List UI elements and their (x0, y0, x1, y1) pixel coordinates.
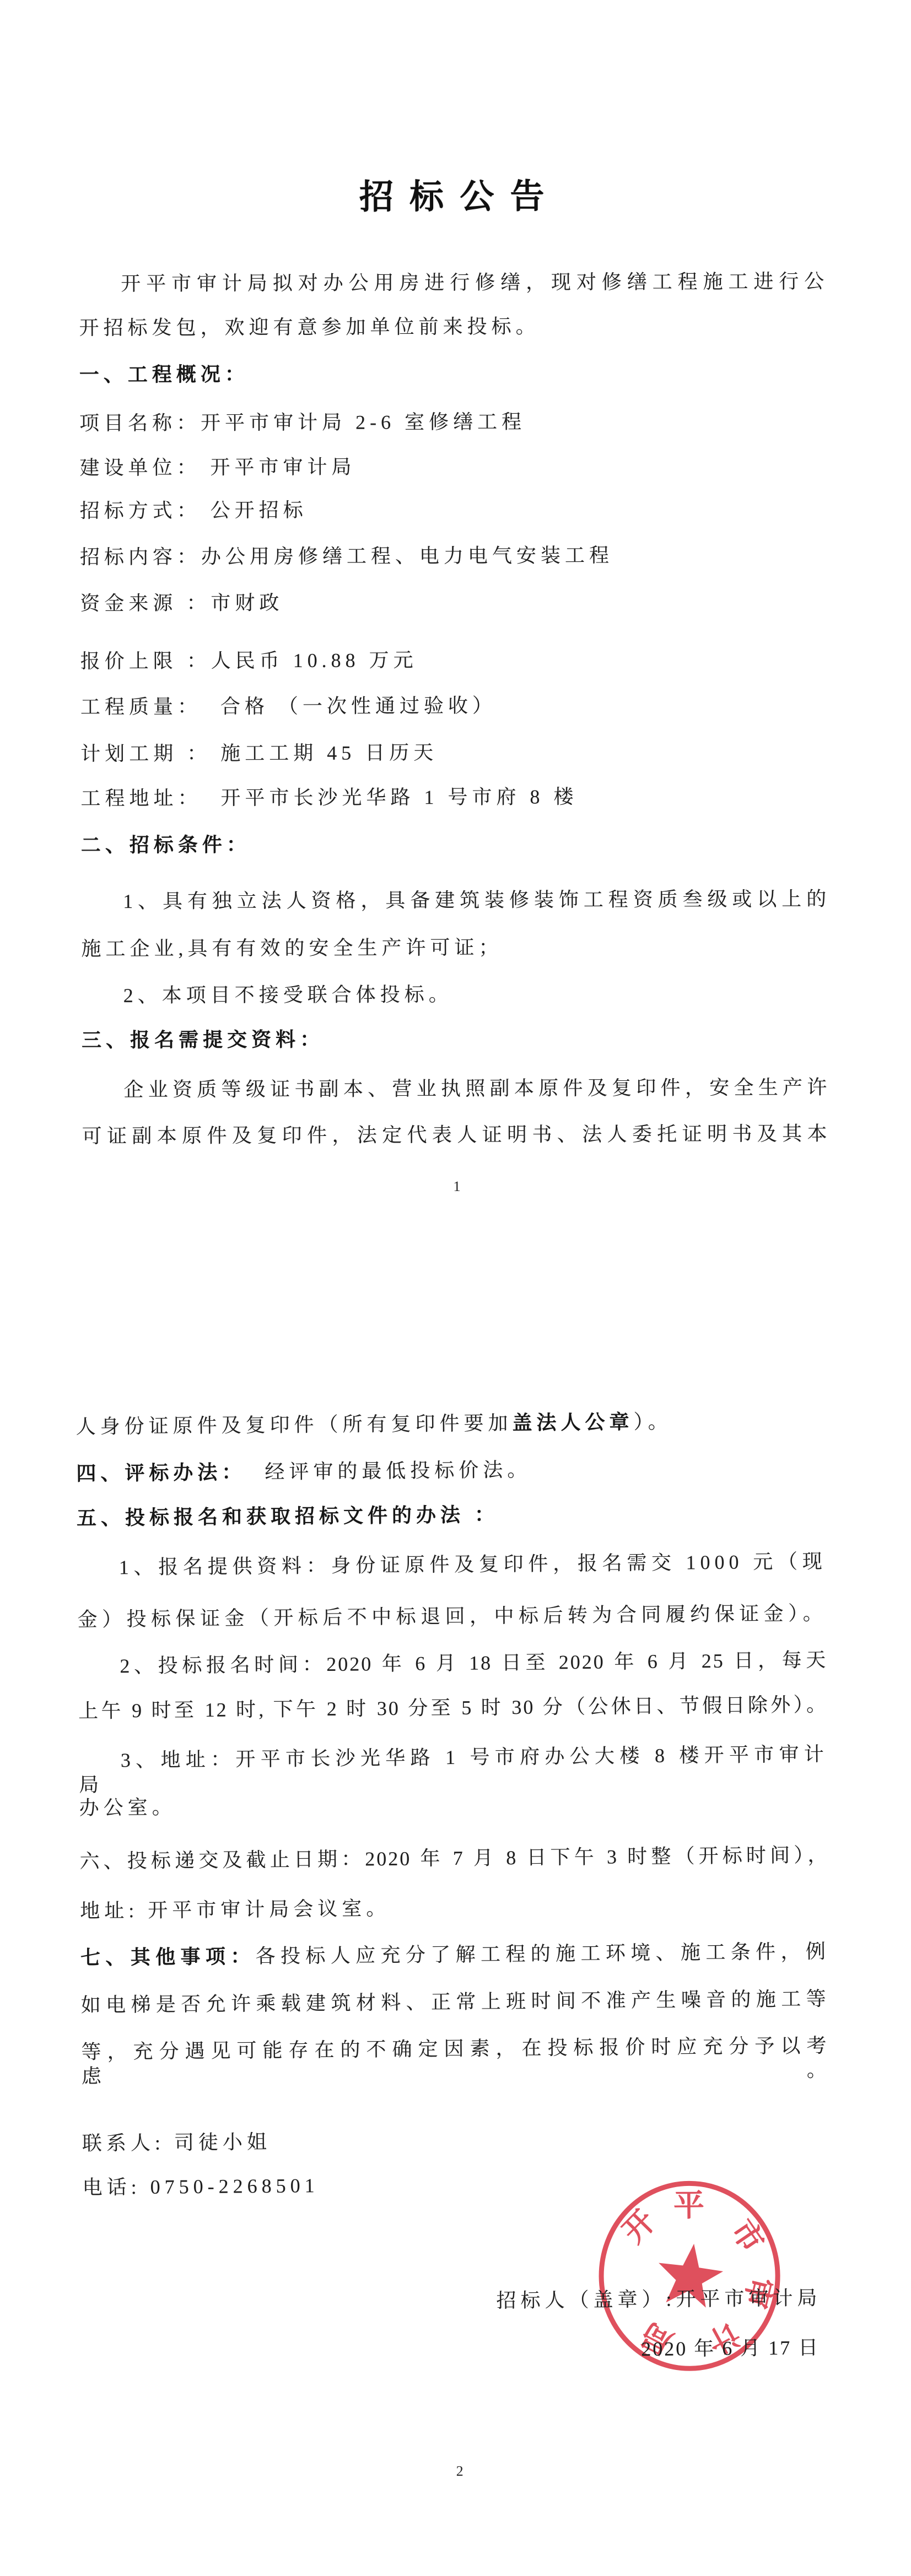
scanned-document: 招 标 公 告 开平市审计局拟对办公用房进行修缮，现对修缮工程施工进行公 开招标… (0, 0, 911, 2576)
contact-name-line: 联系人: 司徒小姐 (82, 2130, 271, 2156)
section-5-heading: 五、投标报名和获取招标文件的办法 ： (77, 1502, 499, 1530)
signup-item-2-line-2: 上午 9 时至 12 时, 下午 2 时 30 分至 5 时 30 分（公休日、… (78, 1692, 828, 1723)
signature-line: 招标人（盖章）:开平市审计局 (496, 2286, 821, 2313)
date-line: 2020 年 6 月 17 日 (641, 2335, 820, 2361)
materials-line-3-bold: 盖法人公章 (512, 1410, 633, 1434)
materials-line-3-text: 人身份证原件及复印件（所有复印件要加 (76, 1412, 512, 1438)
seal-char-kai: 开 (617, 2204, 662, 2249)
materials-line-3: 人身份证原件及复印件（所有复印件要加盖法人公章）。 (76, 1410, 672, 1439)
signup-item-3-line-1: 3、地址：开平市长沙光华路 1 号市府办公大楼 8 楼开平市审计局 (79, 1742, 828, 1773)
signup-item-1-line-2: 金）投标保证金（开标后不中标退回，中标后转为合同履约保证金）。 (77, 1601, 827, 1632)
section-4-line: 四、评标办法： 经评审的最低投标价法。 (76, 1458, 531, 1486)
section-4-text: 经评审的最低投标价法。 (246, 1459, 531, 1484)
signup-item-1-line-1: 1、报名提供资料：身份证原件及复印件，报名需交 1000 元（现 (77, 1549, 827, 1580)
signup-item-2-line-1: 2、投标报名时间：2020 年 6 月 18 日至 2020 年 6 月 25 … (78, 1648, 827, 1679)
section-7-line-1: 七、其他事项：各投标人应充分了解工程的施工环境、施工条件，例 (80, 1939, 830, 1970)
section-6-line-2: 地址: 开平市审计局会议室。 (80, 1896, 390, 1923)
materials-line-3-end: ）。 (633, 1411, 672, 1433)
signup-item-3-line-2: 办公室。 (79, 1795, 176, 1820)
section-7-line-2: 如电梯是否允许乘载建筑材料、正常上班时间不准产生噪音的施工等 (81, 1987, 831, 2017)
document-page-2: 人身份证原件及复印件（所有复印件要加盖法人公章）。 四、评标办法： 经评审的最低… (0, 0, 911, 2576)
section-7-text: 各投标人应充分了解工程的施工环境、施工条件，例 (255, 1940, 830, 1967)
section-7-heading: 七、其他事项： (80, 1945, 256, 1969)
contact-phone-line: 电话: 0750-2268501 (82, 2173, 319, 2200)
section-6-line-1: 六、投标递交及截止日期：2020 年 7 月 8 日下午 3 时整（开标时间）， (79, 1843, 829, 1874)
seal-char-ping: 平 (673, 2189, 705, 2223)
section-7-line-3: 等，充分遇见可能存在的不确定因素，在投标报价时应充分予以考虑。 (81, 2033, 831, 2064)
section-4-heading: 四、评标办法： (76, 1460, 246, 1485)
page-2-number: 2 (85, 2458, 834, 2485)
